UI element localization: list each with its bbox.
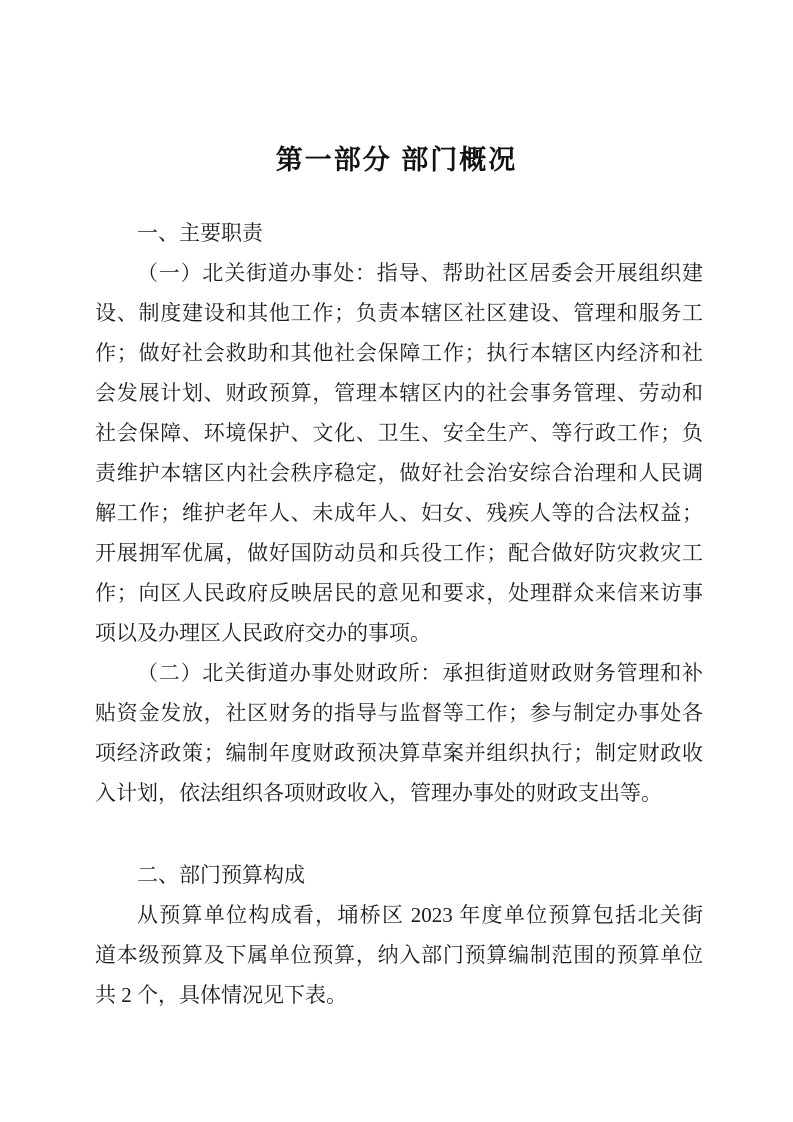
text-line: 解工作；维护老年人、未成年人、妇女、残疾人等的合法权益； — [95, 493, 703, 533]
text-line: 入计划，依法组织各项财政收入，管理办事处的财政支出等。 — [95, 773, 703, 813]
text-line: 从预算单位构成看，埇桥区 2023 年度单位预算包括北关街 — [95, 895, 703, 935]
text-line: （二）北关街道办事处财政所：承担街道财政财务管理和补 — [95, 653, 703, 693]
text-line: 道本级预算及下属单位预算，纳入部门预算编制范围的预算单位 — [95, 935, 703, 975]
text-line: 会发展计划、财政预算，管理本辖区内的社会事务管理、劳动和 — [95, 373, 703, 413]
text-line: 贴资金发放，社区财务的指导与监督等工作；参与制定办事处各 — [95, 693, 703, 733]
text-line: 设、制度建设和其他工作；负责本辖区社区建设、管理和服务工 — [95, 293, 703, 333]
text-line: 开展拥军优属，做好国防动员和兵役工作；配合做好防灾救灾工 — [95, 533, 703, 573]
text-line: （一）北关街道办事处：指导、帮助社区居委会开展组织建 — [95, 253, 703, 293]
text-line: 社会保障、环境保护、文化、卫生、安全生产、等行政工作；负 — [95, 413, 703, 453]
text-line: 责维护本辖区内社会秩序稳定，做好社会治安综合治理和人民调 — [95, 453, 703, 493]
document-title: 第一部分 部门概况 — [0, 138, 793, 177]
section-2-heading: 二、部门预算构成 — [95, 855, 703, 895]
section-spacer — [95, 813, 703, 855]
text-line: 作；做好社会救助和其他社会保障工作；执行本辖区内经济和社 — [95, 333, 703, 373]
text-line: 共 2 个，具体情况见下表。 — [95, 975, 703, 1015]
text-line: 作；向区人民政府反映居民的意见和要求，处理群众来信来访事 — [95, 573, 703, 613]
text-line: 项经济政策；编制年度财政预决算草案并组织执行；制定财政收 — [95, 733, 703, 773]
text-line: 项以及办理区人民政府交办的事项。 — [95, 613, 703, 653]
section-1-heading: 一、主要职责 — [95, 213, 703, 253]
document-body: 一、主要职责 （一）北关街道办事处：指导、帮助社区居委会开展组织建 设、制度建设… — [95, 213, 703, 1015]
document-page: 第一部分 部门概况 一、主要职责 （一）北关街道办事处：指导、帮助社区居委会开展… — [0, 0, 793, 1122]
